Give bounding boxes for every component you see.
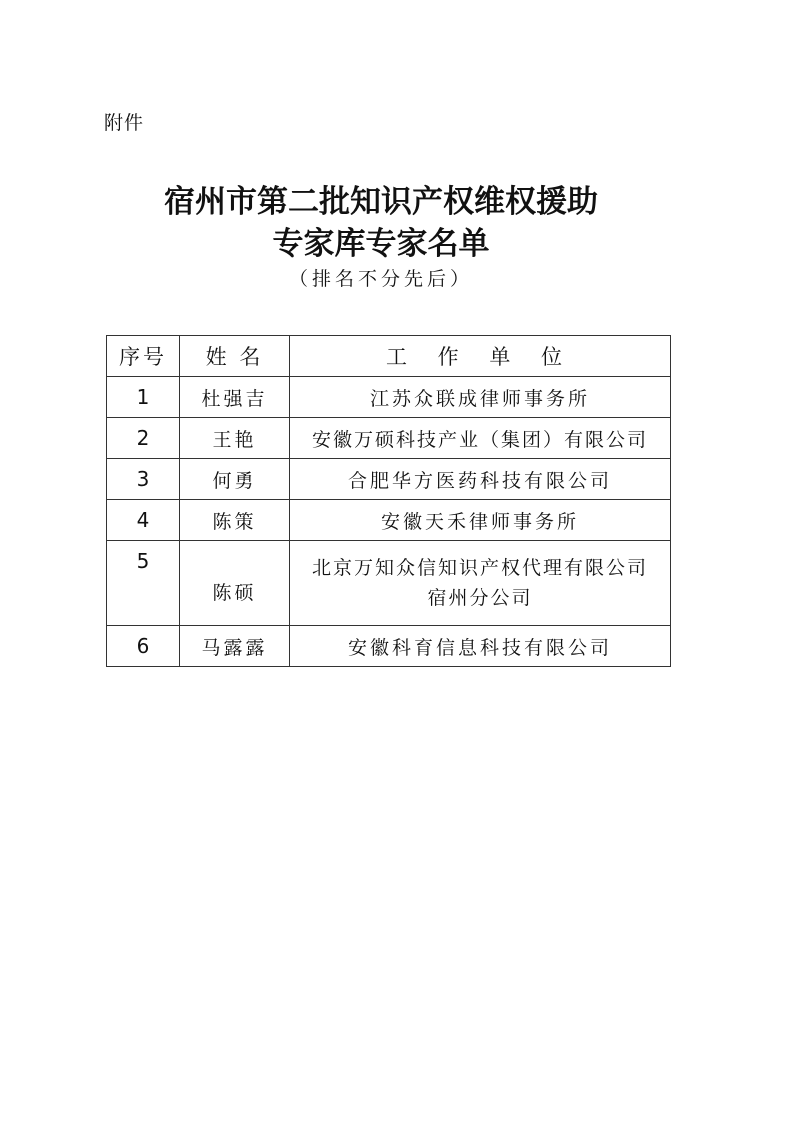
document-title-line2: 专家库专家名单 <box>0 218 778 263</box>
row-name: 陈策 <box>180 500 290 541</box>
document-title-line1: 宿州市第二批知识产权维权援助 <box>0 176 778 221</box>
table-header-row: 序号 姓 名 工 作 单 位 <box>107 336 671 377</box>
table-row: 6 马露露 安徽科育信息科技有限公司 <box>107 626 671 667</box>
header-unit: 工 作 单 位 <box>290 336 671 377</box>
row-number: 6 <box>107 626 180 667</box>
row-number: 3 <box>107 459 180 500</box>
row-name: 杜强吉 <box>180 377 290 418</box>
table-row: 2 王艳 安徽万硕科技产业（集团）有限公司 <box>107 418 671 459</box>
row-number: 5 <box>107 541 180 626</box>
row-unit: 江苏众联成律师事务所 <box>290 377 671 418</box>
row-number: 2 <box>107 418 180 459</box>
row-unit: 合肥华方医药科技有限公司 <box>290 459 671 500</box>
table-row: 1 杜强吉 江苏众联成律师事务所 <box>107 377 671 418</box>
row-name: 王艳 <box>180 418 290 459</box>
document-subtitle: （排名不分先后） <box>0 264 778 291</box>
header-name: 姓 名 <box>180 336 290 377</box>
row-unit: 安徽天禾律师事务所 <box>290 500 671 541</box>
row-unit-line2: 宿州分公司 <box>290 583 670 613</box>
row-number: 4 <box>107 500 180 541</box>
expert-list-table: 序号 姓 名 工 作 单 位 1 杜强吉 江苏众联成律师事务所 2 王艳 安徽万… <box>106 335 671 667</box>
row-number: 1 <box>107 377 180 418</box>
row-unit-line1: 北京万知众信知识产权代理有限公司 <box>290 553 670 583</box>
table-row: 4 陈策 安徽天禾律师事务所 <box>107 500 671 541</box>
table-row: 3 何勇 合肥华方医药科技有限公司 <box>107 459 671 500</box>
row-unit: 北京万知众信知识产权代理有限公司 宿州分公司 <box>290 541 671 626</box>
row-name: 陈硕 <box>180 541 290 626</box>
row-name: 马露露 <box>180 626 290 667</box>
row-unit: 安徽万硕科技产业（集团）有限公司 <box>290 418 671 459</box>
attachment-label: 附件 <box>104 108 144 135</box>
row-name: 何勇 <box>180 459 290 500</box>
row-unit: 安徽科育信息科技有限公司 <box>290 626 671 667</box>
table-row: 5 陈硕 北京万知众信知识产权代理有限公司 宿州分公司 <box>107 541 671 626</box>
header-number: 序号 <box>107 336 180 377</box>
